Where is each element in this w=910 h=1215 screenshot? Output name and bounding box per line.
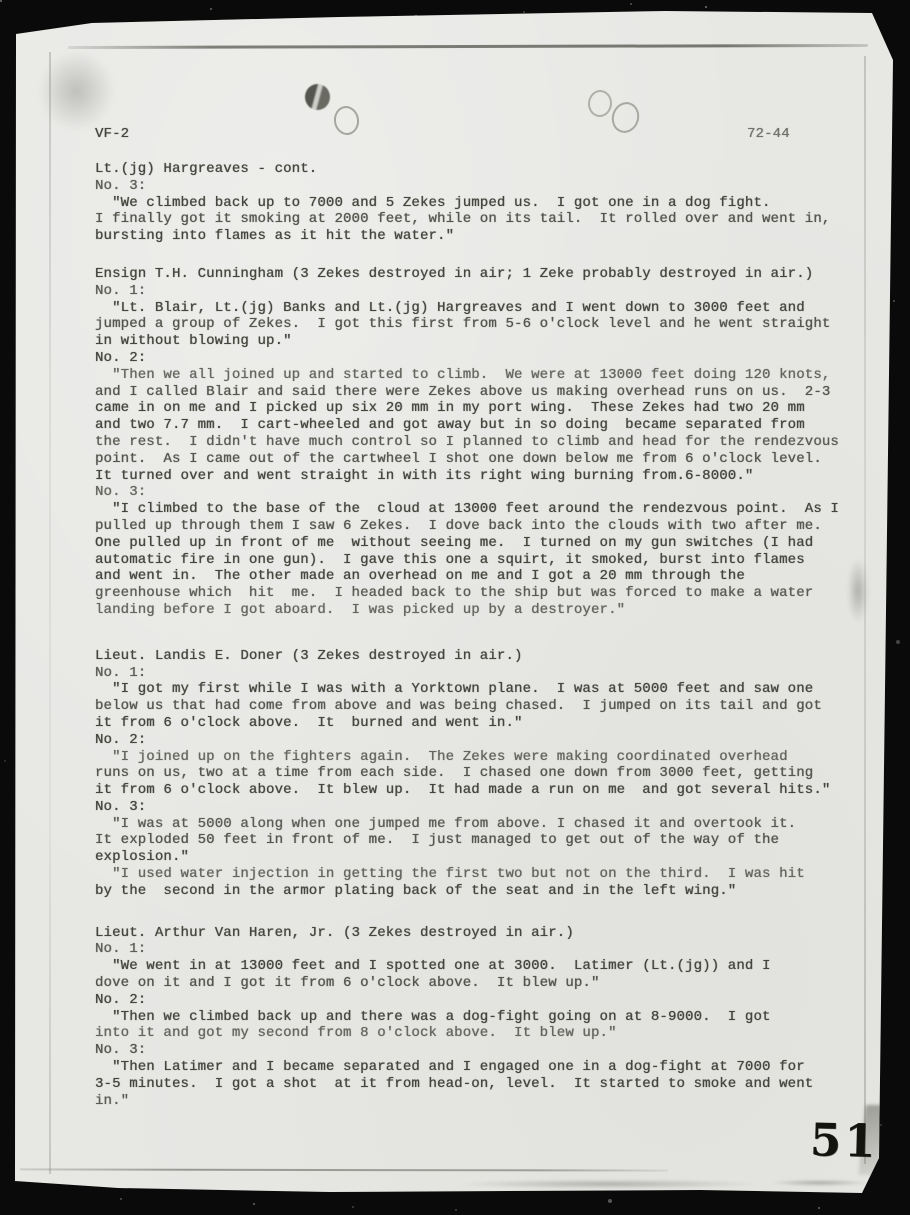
pilot-section-heading: Ensign T.H. Cunningham (3 Zekes destroye… — [95, 266, 870, 283]
hole-punch-mark-icon — [332, 104, 361, 136]
pilot-section-heading: Lieut. Arthur Van Haren, Jr. (3 Zekes de… — [95, 925, 870, 942]
report-text-line: explosion." — [95, 849, 870, 866]
report-text-line: came in on me and I picked up six 20 mm … — [95, 400, 870, 417]
report-text-line: by the second in the armor plating back … — [95, 883, 870, 900]
run-number-label: No. 2: — [95, 992, 870, 1009]
run-number-label: No. 3: — [95, 799, 870, 816]
report-text-line: pulled up through them I saw 6 Zekes. I … — [95, 518, 870, 535]
report-text-line: It exploded 50 feet in front of me. I ju… — [95, 832, 870, 849]
run-number-label: No. 3: — [95, 484, 870, 501]
report-text-line: "I climbed to the base of the cloud at 1… — [95, 501, 870, 518]
report-section: Lieut. Landis E. Doner (3 Zekes destroye… — [95, 648, 870, 900]
squadron-id: VF-2 — [95, 126, 129, 143]
report-text-line: "Then we climbed back up and there was a… — [95, 1009, 870, 1026]
run-number-label: No. 1: — [95, 283, 870, 300]
report-text-line: "Then Latimer and I became separated and… — [95, 1059, 870, 1076]
report-text-line: bursting into flames as it hit the water… — [95, 228, 870, 245]
document-top-edge — [68, 44, 868, 49]
handwritten-page-number: 51 — [809, 1113, 879, 1168]
report-text-line: "I joined up on the fighters again. The … — [95, 749, 870, 766]
run-number-label: No. 3: — [95, 1042, 870, 1059]
report-section: Lt.(jg) Hargreaves - cont.No. 3: "We cli… — [95, 161, 870, 245]
report-section: Ensign T.H. Cunningham (3 Zekes destroye… — [95, 266, 870, 619]
report-text-line: greenhouse which hit me. I headed back t… — [95, 585, 870, 602]
report-text-line: in without blowing up." — [95, 333, 870, 350]
report-text-line: I finally got it smoking at 2000 feet, w… — [95, 211, 870, 228]
hole-punch-mark-filled-icon — [305, 84, 330, 110]
report-section: Lieut. Arthur Van Haren, Jr. (3 Zekes de… — [95, 925, 870, 1110]
report-text-line: the rest. I didn't have much control so … — [95, 434, 870, 451]
report-text-line: point. As I came out of the cartwheel I … — [95, 451, 870, 468]
report-text-line: "I was at 5000 along when one jumped me … — [95, 816, 870, 833]
run-number-label: No. 2: — [95, 350, 870, 367]
run-number-label: No. 2: — [95, 732, 870, 749]
run-number-label: No. 1: — [95, 941, 870, 958]
hole-punch-mark-icon — [587, 89, 614, 118]
pilot-section-heading: Lt.(jg) Hargreaves - cont. — [95, 161, 870, 178]
report-text-line: automatic fire in one gun). I gave this … — [95, 552, 870, 569]
report-text-line: it from 6 o'clock above. It burned and w… — [95, 715, 870, 732]
report-text-line: runs on us, two at a time from each side… — [95, 765, 870, 782]
report-text-line: dove on it and I got it from 6 o'clock a… — [95, 975, 870, 992]
report-text-line: "We went in at 13000 feet and I spotted … — [95, 958, 870, 975]
hole-punch-mark-icon — [608, 99, 643, 137]
report-text-line: it from 6 o'clock above. It blew up. It … — [95, 782, 870, 799]
document-left-edge — [49, 52, 51, 1174]
report-text-line: "We climbed back up to 7000 and 5 Zekes … — [95, 195, 870, 212]
report-text-line: "Lt. Blair, Lt.(jg) Banks and Lt.(jg) Ha… — [95, 300, 870, 317]
scanned-report-page: { "colors": { "scan_background": "#0a0a0… — [0, 0, 910, 1215]
report-text-line: and two 7.7 mm. I cart-wheeled and got a… — [95, 417, 870, 434]
report-text-line: landing before I got aboard. I was picke… — [95, 602, 870, 619]
report-text-line: and went in. The other made an overhead … — [95, 568, 870, 585]
report-body: Lt.(jg) Hargreaves - cont.No. 3: "We cli… — [95, 161, 870, 1109]
report-number: 72-44 — [747, 126, 790, 143]
report-text-line: in." — [95, 1093, 870, 1110]
bottom-smudge — [420, 1178, 890, 1190]
report-text-line: into it and got my second from 8 o'clock… — [95, 1025, 870, 1042]
run-number-label: No. 1: — [95, 665, 870, 682]
report-text-line: "I used water injection in getting the f… — [95, 866, 870, 883]
photocopy-paper: VF-2 72-44 Lt.(jg) Hargreaves - cont.No.… — [0, 0, 910, 1215]
report-text-line: One pulled up in front of me without see… — [95, 535, 870, 552]
report-text-line: It turned over and went straight in with… — [95, 468, 870, 485]
report-text-line: below us that had come from above and wa… — [95, 698, 870, 715]
scan-noise-specks — [0, 0, 2, 2]
report-text-line: "Then we all joined up and started to cl… — [95, 367, 870, 384]
report-text-line: 3-5 minutes. I got a shot at it from hea… — [95, 1076, 870, 1093]
report-text-line: "I got my first while I was with a Yorkt… — [95, 681, 870, 698]
report-text-line: and I called Blair and said there were Z… — [95, 384, 870, 401]
run-number-label: No. 3: — [95, 178, 870, 195]
report-text-line: jumped a group of Zekes. I got this firs… — [95, 316, 870, 333]
document-bottom-edge — [20, 1168, 668, 1171]
pilot-section-heading: Lieut. Landis E. Doner (3 Zekes destroye… — [95, 648, 870, 665]
